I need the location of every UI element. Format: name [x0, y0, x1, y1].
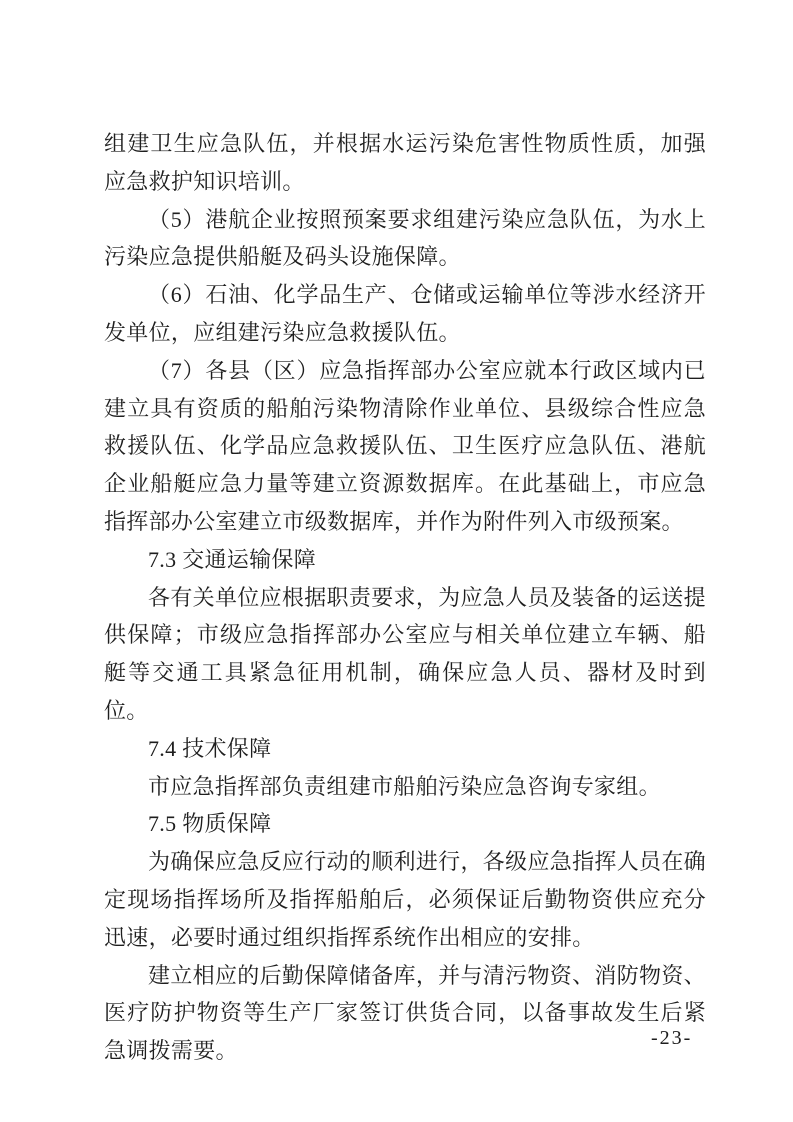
body-paragraph: 为确保应急反应行动的顺利进行，各级应急指挥人员在确定现场指挥场所及指挥船舶后，必… — [104, 843, 706, 956]
body-paragraph: 市应急指挥部负责组建市船舶污染应急咨询专家组。 — [104, 768, 706, 806]
page-number: -23- — [651, 1027, 692, 1050]
section-heading-7-3: 7.3 交通运输保障 — [104, 541, 706, 579]
body-paragraph-item-5: （5）港航企业按照预案要求组建污染应急队伍，为水上污染应急提供船艇及码头设施保障… — [104, 201, 706, 277]
section-heading-7-4: 7.4 技术保障 — [104, 730, 706, 768]
document-page: 组建卫生应急队伍，并根据水运污染危害性物质性质，加强应急救护知识培训。 （5）港… — [0, 0, 793, 1122]
body-paragraph-item-7: （7）各县（区）应急指挥部办公室应就本行政区域内已建立具有资质的船舶污染物清除作… — [104, 352, 706, 541]
section-heading-7-5: 7.5 物质保障 — [104, 805, 706, 843]
body-paragraph-item-6: （6）石油、化学品生产、仓储或运输单位等涉水经济开发单位，应组建污染应急救援队伍… — [104, 276, 706, 352]
body-paragraph: 各有关单位应根据职责要求，为应急人员及装备的运送提供保障；市级应急指挥部办公室应… — [104, 579, 706, 730]
body-paragraph: 建立相应的后勤保障储备库，并与清污物资、消防物资、医疗防护物资等生产厂家签订供货… — [104, 957, 706, 1070]
page-body: 组建卫生应急队伍，并根据水运污染危害性物质性质，加强应急救护知识培训。 （5）港… — [104, 125, 706, 1070]
body-paragraph: 组建卫生应急队伍，并根据水运污染危害性物质性质，加强应急救护知识培训。 — [104, 125, 706, 201]
